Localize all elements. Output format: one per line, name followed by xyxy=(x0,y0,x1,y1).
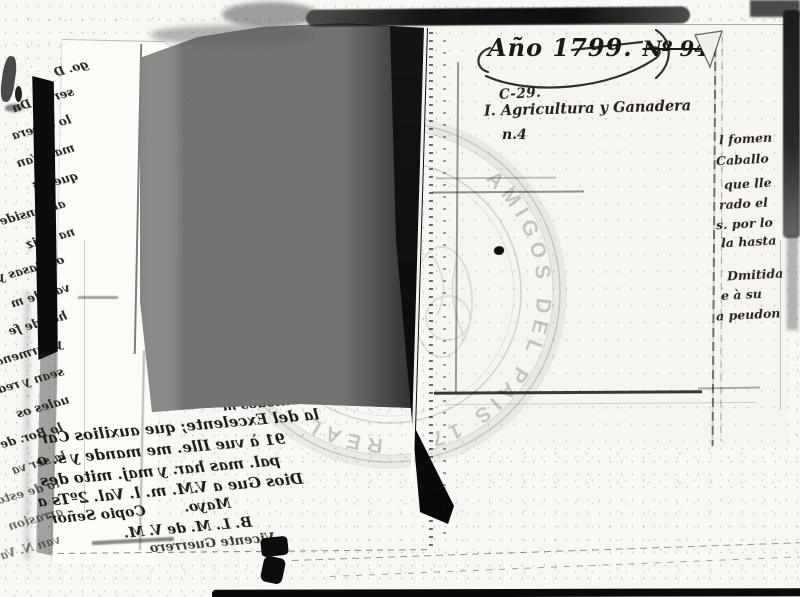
ink-blob xyxy=(260,536,289,558)
book-cover xyxy=(138,20,432,420)
right-edge-band xyxy=(783,10,800,238)
right-edge-band-faint xyxy=(787,235,798,330)
document-scan: go. Dserlos Dnlo esperamas. Yanque mial … xyxy=(0,0,800,597)
top-smudge-gray xyxy=(222,2,318,27)
cover-top-shadow xyxy=(150,25,315,45)
page-edge-stitching xyxy=(429,32,433,552)
corner-fold xyxy=(694,29,724,69)
top-smudge-band xyxy=(306,6,690,26)
top-right-corner-shadow xyxy=(750,0,800,17)
page-item-number-label: n.4 xyxy=(502,127,527,143)
watermark-emblem xyxy=(412,247,472,357)
page-edge-stitching xyxy=(443,40,446,540)
flourish-strokes xyxy=(460,20,690,100)
bottom-border-bar xyxy=(212,588,800,597)
